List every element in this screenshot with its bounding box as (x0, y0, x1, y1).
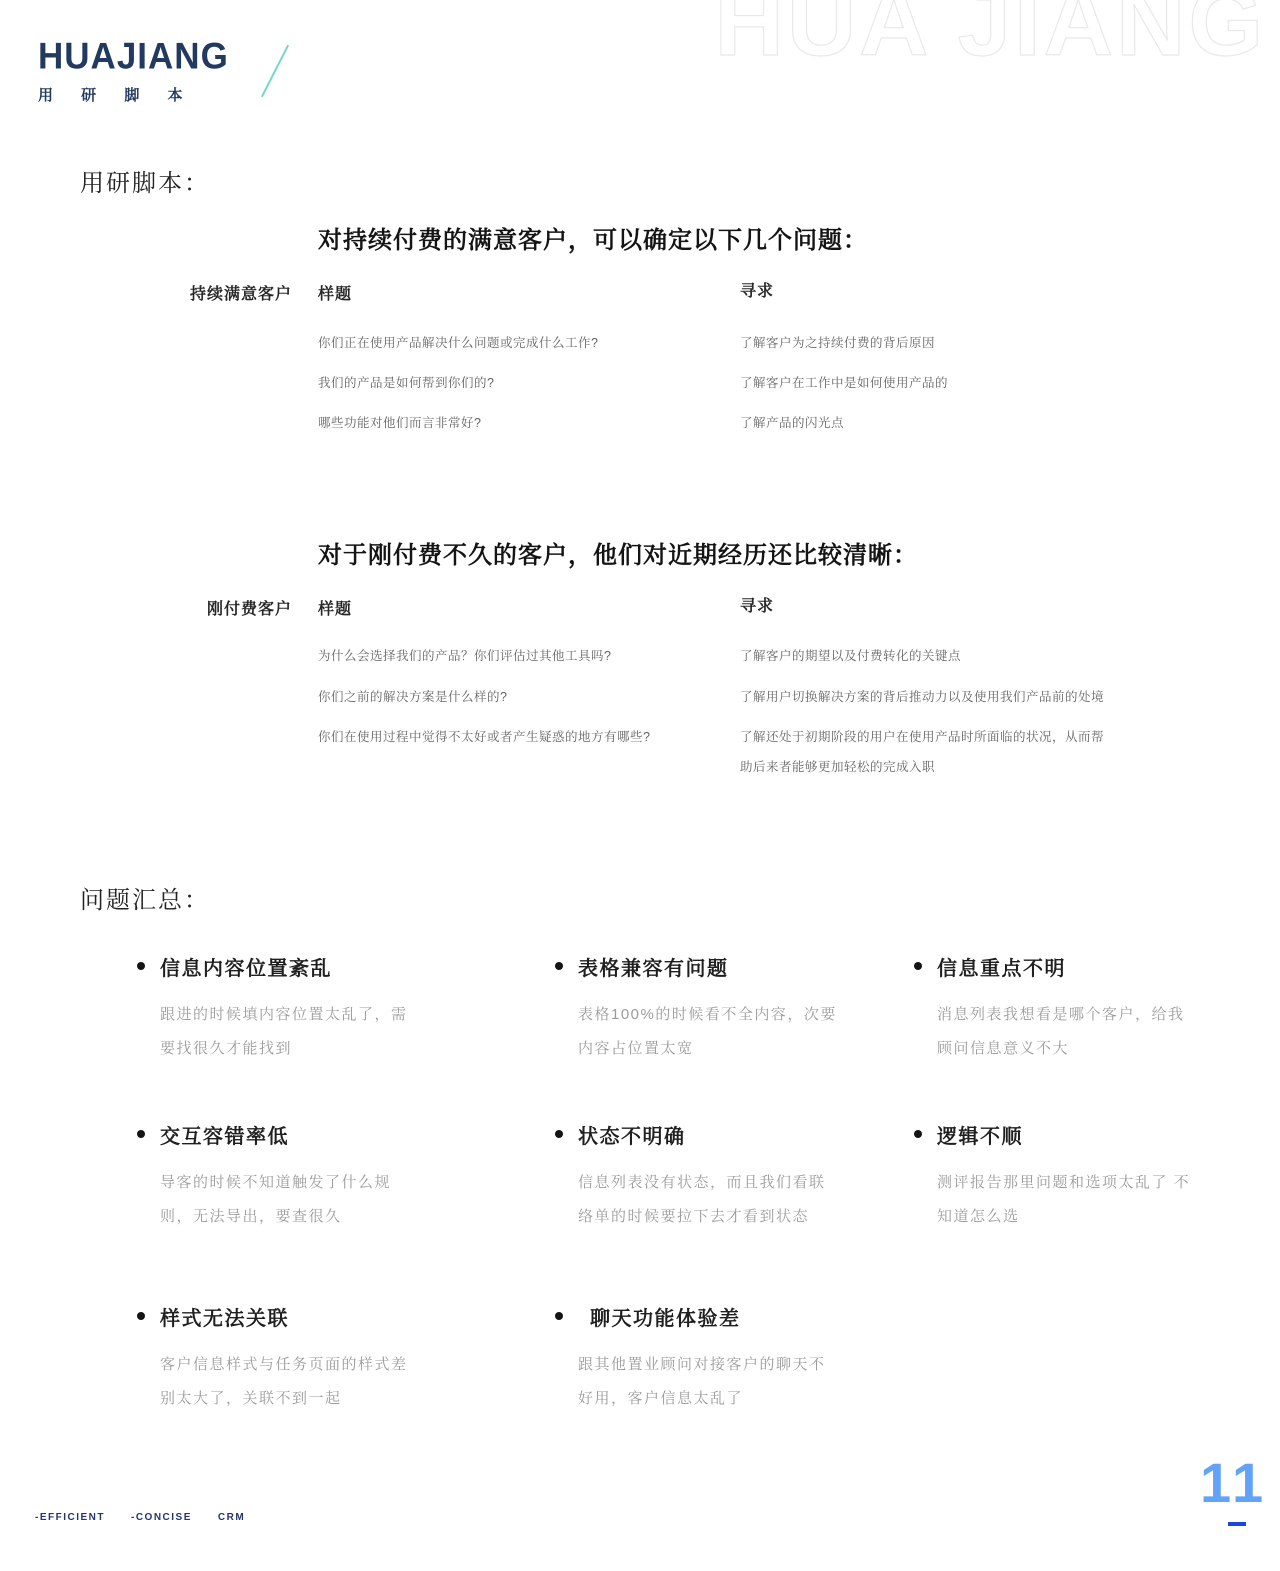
section-2-col-question: 样题 (318, 596, 352, 619)
summary-item-desc: 测评报告那里问题和选项太乱了 不 知道怎么选 (937, 1166, 1190, 1234)
bullet-dot-icon (914, 1130, 922, 1138)
section-1-row-label: 持续满意客户 (80, 281, 292, 304)
section-2-title: 对于刚付费不久的客户，他们对近期经历还比较清晰： (318, 535, 918, 570)
summary-item: 表格兼容有问题 表格100%的时候看不全内容，次要 内容占位置太宽 (555, 952, 890, 1066)
summary-item-desc: 跟进的时候填内容位置太乱了，需 要找很久才能找到 (160, 998, 408, 1066)
summary-item-desc: 导客的时候不知道触发了什么规 则，无法导出，要查很久 (160, 1166, 391, 1234)
summary-item-title: 表格兼容有问题 (578, 952, 837, 981)
summary-item: 逻辑不顺 测评报告那里问题和选项太乱了 不 知道怎么选 (914, 1120, 1249, 1234)
watermark-text: HUA JIANG (715, 0, 1266, 78)
section-2-row-label: 刚付费客户 (80, 596, 292, 619)
page-number-dash (1228, 1522, 1246, 1526)
page-number: 11 (1200, 1450, 1267, 1515)
summary-item-desc: 跟其他置业顾问对接客户的聊天不 好用，客户信息太乱了 (578, 1348, 826, 1416)
summary-item-title: 交互容错率低 (160, 1120, 391, 1149)
summary-item-desc: 信息列表没有状态，而且我们看联 络单的时候要拉下去才看到状态 (578, 1166, 826, 1234)
summary-item-title: 聊天功能体验差 (578, 1302, 826, 1331)
summary-item: 信息重点不明 消息列表我想看是哪个客户，给我 顾问信息意义不大 (914, 952, 1249, 1066)
bullet-dot-icon (555, 1312, 563, 1320)
summary-item-title: 逻辑不顺 (937, 1120, 1190, 1149)
footer-item: CRM (218, 1512, 245, 1523)
goal-cell: 了解产品的闪光点 (740, 408, 1200, 438)
question-cell: 我们的产品是如何帮到你们的? (318, 368, 494, 398)
page-title: 用研脚本： (80, 163, 210, 198)
footer: -EFFICIENT -CONCISE CRM (35, 1512, 245, 1523)
summary-item-title: 状态不明确 (578, 1120, 826, 1149)
logo-subtitle: 用 研 脚 本 (38, 84, 229, 105)
summary-item-title: 信息重点不明 (937, 952, 1185, 981)
summary-item-title: 样式无法关联 (160, 1302, 408, 1331)
footer-item: -EFFICIENT (35, 1512, 105, 1523)
brand-logo: HUAJIANG 用 研 脚 本 (38, 36, 229, 105)
footer-item: -CONCISE (131, 1512, 192, 1523)
logo-slash-icon (261, 45, 289, 98)
question-cell: 为什么会选择我们的产品？你们评估过其他工具吗? (318, 641, 611, 671)
section-1-col-question: 样题 (318, 281, 352, 304)
logo-wordmark: HUAJIANG (38, 36, 229, 78)
section-1-title: 对持续付费的满意客户，可以确定以下几个问题： (318, 220, 868, 255)
summary-item: 状态不明确 信息列表没有状态，而且我们看联 络单的时候要拉下去才看到状态 (555, 1120, 890, 1234)
goal-cell: 了解还处于初期阶段的用户在使用产品时所面临的状况，从而帮 助后来者能够更加轻松的… (740, 722, 1200, 782)
summary-item-desc: 消息列表我想看是哪个客户，给我 顾问信息意义不大 (937, 998, 1185, 1066)
question-cell: 你们之前的解决方案是什么样的? (318, 682, 507, 712)
summary-item: 交互容错率低 导客的时候不知道触发了什么规 则，无法导出，要查很久 (137, 1120, 472, 1234)
section-1-col-goal: 寻求 (740, 278, 774, 301)
summary-item-title: 信息内容位置紊乱 (160, 952, 408, 981)
bullet-dot-icon (137, 1312, 145, 1320)
summary-item-desc: 表格100%的时候看不全内容，次要 内容占位置太宽 (578, 998, 837, 1066)
bullet-dot-icon (137, 962, 145, 970)
goal-cell: 了解用户切换解决方案的背后推动力以及使用我们产品前的处境 (740, 682, 1200, 712)
question-cell: 你们正在使用产品解决什么问题或完成什么工作? (318, 328, 598, 358)
summary-item: 样式无法关联 客户信息样式与任务页面的样式差 别太大了，关联不到一起 (137, 1302, 472, 1416)
question-cell: 你们在使用过程中觉得不太好或者产生疑惑的地方有哪些? (318, 722, 650, 752)
bullet-dot-icon (914, 962, 922, 970)
summary-item-desc: 客户信息样式与任务页面的样式差 别太大了，关联不到一起 (160, 1348, 408, 1416)
goal-cell: 了解客户的期望以及付费转化的关键点 (740, 641, 1200, 671)
question-cell: 哪些功能对他们而言非常好? (318, 408, 481, 438)
section-2-col-goal: 寻求 (740, 593, 774, 616)
summary-item: 聊天功能体验差 跟其他置业顾问对接客户的聊天不 好用，客户信息太乱了 (555, 1302, 890, 1416)
summary-item: 信息内容位置紊乱 跟进的时候填内容位置太乱了，需 要找很久才能找到 (137, 952, 472, 1066)
goal-cell: 了解客户在工作中是如何使用产品的 (740, 368, 1200, 398)
bullet-dot-icon (555, 962, 563, 970)
goal-cell: 了解客户为之持续付费的背后原因 (740, 328, 1200, 358)
bullet-dot-icon (555, 1130, 563, 1138)
summary-heading: 问题汇总： (80, 880, 210, 915)
bullet-dot-icon (137, 1130, 145, 1138)
